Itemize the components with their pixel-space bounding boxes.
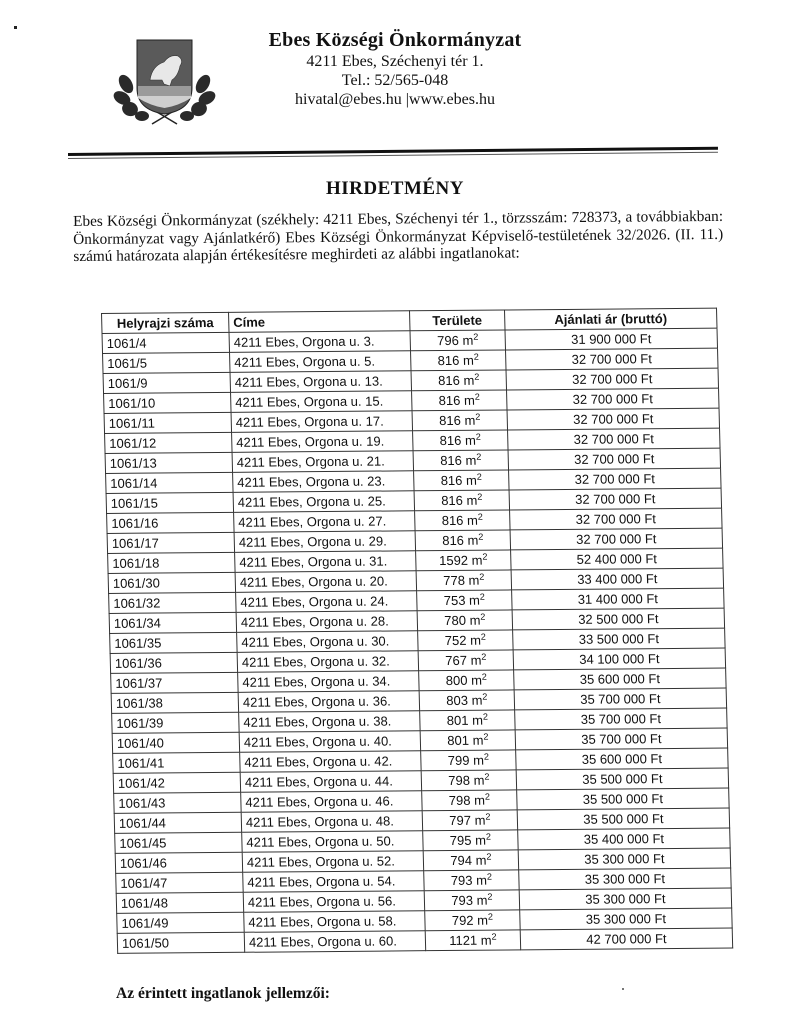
letterhead: Ebes Községi Önkormányzat 4211 Ebes, Szé… [230, 28, 560, 109]
cell-area: 801 m2 [420, 730, 516, 751]
area-unit: m [463, 373, 474, 388]
organization-name: Ebes Községi Önkormányzat [230, 28, 560, 52]
cell-area: 803 m2 [419, 690, 515, 711]
area-unit: m [463, 353, 474, 368]
cell-price: 32 700 000 Ft [507, 388, 719, 410]
cell-address: 4211 Ebes, Orgona u. 13. [230, 371, 411, 393]
area-value: 801 [447, 713, 469, 728]
area-value: 799 [448, 753, 470, 768]
cell-address: 4211 Ebes, Orgona u. 27. [234, 511, 415, 533]
header-price: Ajánlati ár (bruttó) [504, 308, 716, 330]
cell-price: 52 400 000 Ft [511, 548, 723, 570]
cell-area: 793 m2 [424, 890, 520, 911]
cell-area: 1121 m2 [425, 930, 521, 951]
characteristics-heading: Az érintett ingatlanok jellemzői: [116, 985, 330, 1003]
cell-area: 800 m2 [419, 670, 515, 691]
cell-area: 797 m2 [422, 810, 518, 831]
document-title: HIRDETMÉNY [0, 178, 790, 200]
cell-price: 35 300 000 Ft [519, 868, 731, 890]
cell-price: 34 100 000 Ft [513, 648, 725, 670]
cell-price: 32 700 000 Ft [509, 488, 721, 510]
cell-price: 32 500 000 Ft [512, 608, 724, 630]
cell-price: 32 700 000 Ft [506, 348, 718, 370]
area-value: 753 [444, 593, 466, 608]
area-value: 793 [451, 893, 473, 908]
area-unit-exponent: 2 [483, 732, 488, 742]
organization-phone: Tel.: 52/565-048 [230, 71, 560, 90]
cell-area: 799 m2 [421, 750, 517, 771]
cell-area: 816 m2 [411, 370, 507, 391]
cell-hrsz: 1061/30 [108, 572, 236, 593]
cell-price: 33 400 000 Ft [511, 568, 723, 590]
area-unit: m [472, 733, 483, 748]
cell-hrsz: 1061/38 [111, 692, 239, 713]
cell-hrsz: 1061/44 [114, 812, 242, 833]
cell-area: 816 m2 [413, 430, 509, 451]
cell-hrsz: 1061/34 [109, 612, 237, 633]
area-unit: m [473, 753, 484, 768]
cell-hrsz: 1061/12 [105, 432, 233, 453]
cell-hrsz: 1061/40 [112, 732, 240, 753]
area-unit: m [470, 633, 481, 648]
cell-area: 798 m2 [421, 770, 517, 791]
area-unit: m [469, 593, 480, 608]
area-value: 816 [441, 473, 463, 488]
property-table-body: 1061/44211 Ebes, Orgona u. 3.796 m231 90… [102, 328, 733, 953]
cell-price: 32 700 000 Ft [507, 408, 719, 430]
area-value: 816 [438, 373, 460, 388]
cell-address: 4211 Ebes, Orgona u. 29. [234, 531, 415, 553]
cell-area: 753 m2 [417, 590, 513, 611]
cell-hrsz: 1061/16 [107, 512, 235, 533]
cell-address: 4211 Ebes, Orgona u. 50. [242, 831, 423, 853]
cell-price: 32 700 000 Ft [510, 508, 722, 530]
cell-price: 33 500 000 Ft [513, 628, 725, 650]
area-unit: m [474, 793, 485, 808]
area-unit: m [462, 333, 473, 348]
area-unit-exponent: 2 [477, 472, 482, 482]
area-unit: m [481, 933, 492, 948]
header-area: Területe [410, 310, 506, 331]
cell-hrsz: 1061/17 [107, 532, 235, 553]
area-value: 816 [442, 533, 464, 548]
cell-address: 4211 Ebes, Orgona u. 42. [240, 751, 421, 773]
cell-price: 35 500 000 Ft [516, 768, 728, 790]
cell-area: 798 m2 [422, 790, 518, 811]
area-value: 803 [446, 693, 468, 708]
cell-price: 35 500 000 Ft [517, 808, 729, 830]
cell-hrsz: 1061/49 [117, 912, 245, 933]
area-value: 816 [437, 353, 459, 368]
area-unit-exponent: 2 [475, 412, 480, 422]
area-unit: m [464, 393, 475, 408]
cell-hrsz: 1061/15 [106, 492, 234, 513]
area-unit: m [476, 893, 487, 908]
area-value: 800 [446, 673, 468, 688]
cell-price: 35 300 000 Ft [518, 848, 730, 870]
area-unit: m [469, 613, 480, 628]
cell-address: 4211 Ebes, Orgona u. 44. [240, 771, 421, 793]
cell-hrsz: 1061/46 [115, 852, 243, 873]
cell-hrsz: 1061/50 [117, 932, 245, 953]
area-unit-exponent: 2 [478, 512, 483, 522]
property-table: Helyrajzi száma Címe Területe Ajánlati á… [101, 308, 733, 954]
cell-address: 4211 Ebes, Orgona u. 58. [244, 911, 425, 933]
area-unit: m [467, 533, 478, 548]
area-unit: m [473, 773, 484, 788]
cell-area: 795 m2 [423, 830, 519, 851]
cell-price: 35 500 000 Ft [517, 788, 729, 810]
area-value: 798 [448, 773, 470, 788]
area-value: 801 [447, 733, 469, 748]
area-unit: m [472, 713, 483, 728]
cell-area: 752 m2 [418, 630, 514, 651]
area-value: 816 [439, 413, 461, 428]
cell-hrsz: 1061/35 [110, 632, 238, 653]
organization-address: 4211 Ebes, Széchenyi tér 1. [230, 52, 560, 71]
cell-hrsz: 1061/42 [113, 772, 241, 793]
cell-address: 4211 Ebes, Orgona u. 3. [229, 331, 410, 353]
cell-hrsz: 1061/4 [102, 332, 230, 353]
cell-price: 32 700 000 Ft [506, 368, 718, 390]
area-value: 794 [450, 853, 472, 868]
cell-price: 35 600 000 Ft [516, 748, 728, 770]
cell-hrsz: 1061/48 [116, 892, 244, 913]
cell-area: 793 m2 [424, 870, 520, 891]
municipal-coat-of-arms-icon [112, 36, 217, 126]
area-unit: m [464, 413, 475, 428]
area-unit: m [465, 453, 476, 468]
area-value: 796 [437, 333, 459, 348]
cell-address: 4211 Ebes, Orgona u. 52. [242, 851, 423, 873]
scan-speck [622, 988, 624, 990]
area-unit: m [475, 833, 486, 848]
area-unit-exponent: 2 [488, 912, 493, 922]
area-value: 816 [441, 493, 463, 508]
cell-address: 4211 Ebes, Orgona u. 60. [244, 931, 425, 953]
cell-address: 4211 Ebes, Orgona u. 15. [231, 391, 412, 413]
area-value: 816 [440, 433, 462, 448]
cell-hrsz: 1061/5 [103, 352, 231, 373]
area-unit: m [475, 853, 486, 868]
cell-hrsz: 1061/41 [113, 752, 241, 773]
cell-area: 801 m2 [420, 710, 516, 731]
area-unit: m [471, 553, 482, 568]
area-unit-exponent: 2 [476, 452, 481, 462]
area-unit-exponent: 2 [486, 852, 491, 862]
cell-hrsz: 1061/18 [108, 552, 236, 573]
area-value: 816 [438, 393, 460, 408]
cell-hrsz: 1061/13 [105, 452, 233, 473]
cell-price: 42 700 000 Ft [520, 928, 732, 950]
cell-address: 4211 Ebes, Orgona u. 36. [238, 691, 419, 713]
area-value: 793 [451, 873, 473, 888]
property-table-wrapper: Helyrajzi száma Címe Területe Ajánlati á… [101, 308, 733, 954]
area-value: 816 [442, 513, 464, 528]
cell-price: 35 600 000 Ft [514, 668, 726, 690]
area-value: 795 [450, 833, 472, 848]
cell-area: 816 m2 [411, 350, 507, 371]
table-row: 1061/504211 Ebes, Orgona u. 60.1121 m242… [117, 928, 732, 953]
area-unit-exponent: 2 [487, 892, 492, 902]
organization-contact: hivatal@ebes.hu |www.ebes.hu [230, 90, 560, 109]
area-unit: m [467, 513, 478, 528]
area-value: 816 [440, 453, 462, 468]
cell-area: 778 m2 [416, 570, 512, 591]
area-unit-exponent: 2 [479, 572, 484, 582]
header-hrsz: Helyrajzi száma [102, 312, 230, 333]
area-unit-exponent: 2 [481, 652, 486, 662]
area-unit-exponent: 2 [481, 632, 486, 642]
cell-price: 32 700 000 Ft [508, 448, 720, 470]
area-unit-exponent: 2 [473, 332, 478, 342]
cell-address: 4211 Ebes, Orgona u. 56. [243, 891, 424, 913]
area-unit-exponent: 2 [482, 692, 487, 702]
area-unit: m [471, 693, 482, 708]
cell-address: 4211 Ebes, Orgona u. 19. [232, 431, 413, 453]
area-unit: m [471, 673, 482, 688]
cell-address: 4211 Ebes, Orgona u. 54. [243, 871, 424, 893]
cell-area: 780 m2 [417, 610, 513, 631]
cell-hrsz: 1061/10 [104, 392, 232, 413]
area-unit-exponent: 2 [474, 372, 479, 382]
cell-address: 4211 Ebes, Orgona u. 20. [235, 571, 416, 593]
area-unit-exponent: 2 [482, 672, 487, 682]
cell-area: 816 m2 [412, 410, 508, 431]
area-unit: m [465, 433, 476, 448]
area-value: 780 [444, 613, 466, 628]
scan-speck [14, 26, 17, 29]
cell-price: 31 900 000 Ft [505, 328, 717, 350]
area-value: 778 [443, 573, 465, 588]
cell-area: 816 m2 [415, 530, 511, 551]
area-unit-exponent: 2 [478, 532, 483, 542]
cell-hrsz: 1061/9 [103, 372, 231, 393]
area-unit: m [466, 473, 477, 488]
cell-hrsz: 1061/11 [104, 412, 232, 433]
area-value: 752 [445, 633, 467, 648]
cell-area: 1592 m2 [416, 550, 512, 571]
area-unit-exponent: 2 [487, 872, 492, 882]
area-value: 1121 [449, 933, 477, 948]
cell-price: 35 700 000 Ft [515, 708, 727, 730]
cell-hrsz: 1061/36 [110, 652, 238, 673]
cell-address: 4211 Ebes, Orgona u. 21. [232, 451, 413, 473]
cell-hrsz: 1061/37 [111, 672, 239, 693]
area-unit: m [466, 493, 477, 508]
area-unit-exponent: 2 [480, 612, 485, 622]
cell-area: 792 m2 [425, 910, 521, 931]
cell-area: 816 m2 [413, 450, 509, 471]
cell-address: 4211 Ebes, Orgona u. 32. [237, 651, 418, 673]
cell-price: 35 300 000 Ft [520, 908, 732, 930]
area-unit-exponent: 2 [485, 792, 490, 802]
cell-address: 4211 Ebes, Orgona u. 23. [233, 471, 414, 493]
cell-hrsz: 1061/47 [116, 872, 244, 893]
area-value: 797 [449, 813, 471, 828]
area-unit-exponent: 2 [482, 552, 487, 562]
area-unit-exponent: 2 [484, 772, 489, 782]
cell-address: 4211 Ebes, Orgona u. 5. [230, 351, 411, 373]
cell-address: 4211 Ebes, Orgona u. 31. [235, 551, 416, 573]
cell-area: 796 m2 [410, 330, 506, 351]
cell-price: 35 400 000 Ft [518, 828, 730, 850]
area-unit-exponent: 2 [483, 712, 488, 722]
area-unit-exponent: 2 [480, 592, 485, 602]
area-unit-exponent: 2 [475, 392, 480, 402]
cell-hrsz: 1061/45 [115, 832, 243, 853]
header-address: Címe [229, 311, 410, 333]
cell-address: 4211 Ebes, Orgona u. 25. [233, 491, 414, 513]
cell-price: 32 700 000 Ft [509, 468, 721, 490]
cell-area: 816 m2 [414, 490, 510, 511]
area-unit: m [477, 913, 488, 928]
area-unit-exponent: 2 [491, 932, 496, 942]
area-value: 798 [449, 793, 471, 808]
cell-price: 35 300 000 Ft [519, 888, 731, 910]
area-value: 792 [452, 913, 474, 928]
cell-address: 4211 Ebes, Orgona u. 40. [239, 731, 420, 753]
cell-price: 32 700 000 Ft [510, 528, 722, 550]
cell-address: 4211 Ebes, Orgona u. 46. [241, 791, 422, 813]
cell-address: 4211 Ebes, Orgona u. 48. [241, 811, 422, 833]
cell-price: 32 700 000 Ft [508, 428, 720, 450]
cell-area: 816 m2 [414, 470, 510, 491]
cell-area: 794 m2 [423, 850, 519, 871]
cell-address: 4211 Ebes, Orgona u. 30. [237, 631, 418, 653]
cell-address: 4211 Ebes, Orgona u. 28. [236, 611, 417, 633]
intro-paragraph: Ebes Községi Önkormányzat (székhely: 421… [73, 208, 723, 266]
cell-price: 31 400 000 Ft [512, 588, 724, 610]
area-value: 1592 [439, 553, 468, 568]
cell-address: 4211 Ebes, Orgona u. 34. [238, 671, 419, 693]
cell-address: 4211 Ebes, Orgona u. 24. [236, 591, 417, 613]
area-unit-exponent: 2 [474, 352, 479, 362]
area-unit: m [474, 813, 485, 828]
cell-hrsz: 1061/32 [109, 592, 237, 613]
cell-address: 4211 Ebes, Orgona u. 17. [231, 411, 412, 433]
area-unit-exponent: 2 [484, 752, 489, 762]
cell-price: 35 700 000 Ft [514, 688, 726, 710]
area-value: 767 [445, 653, 467, 668]
area-unit: m [468, 573, 479, 588]
cell-address: 4211 Ebes, Orgona u. 38. [239, 711, 420, 733]
cell-hrsz: 1061/39 [112, 712, 240, 733]
area-unit: m [476, 873, 487, 888]
area-unit-exponent: 2 [486, 832, 491, 842]
cell-price: 35 700 000 Ft [515, 728, 727, 750]
cell-area: 816 m2 [415, 510, 511, 531]
cell-hrsz: 1061/43 [114, 792, 242, 813]
cell-area: 816 m2 [412, 390, 508, 411]
area-unit: m [470, 653, 481, 668]
area-unit-exponent: 2 [477, 492, 482, 502]
area-unit-exponent: 2 [476, 432, 481, 442]
cell-hrsz: 1061/14 [106, 472, 234, 493]
cell-area: 767 m2 [418, 650, 514, 671]
area-unit-exponent: 2 [485, 812, 490, 822]
